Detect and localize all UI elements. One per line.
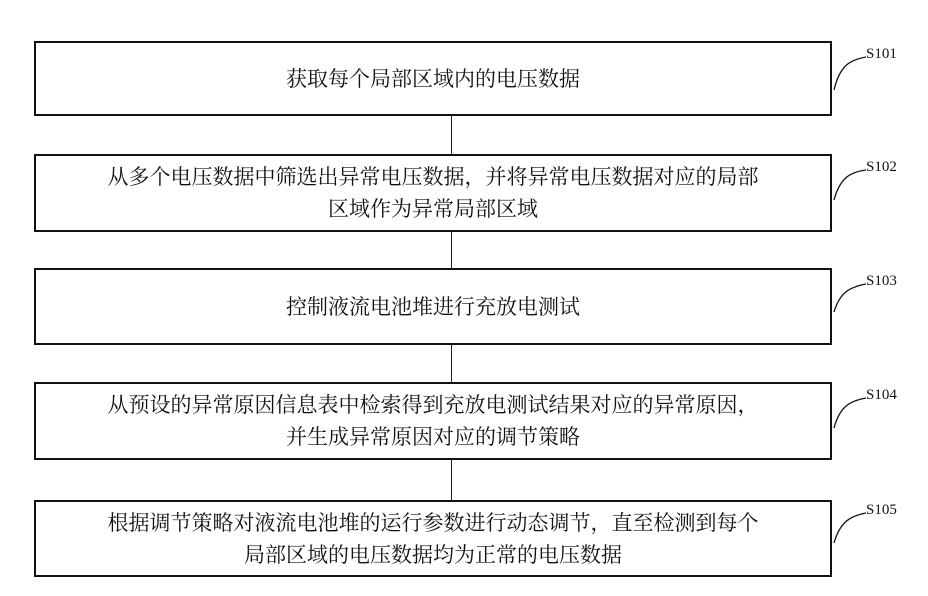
step-label-s102: S102 — [866, 159, 897, 176]
step-label-s104: S104 — [866, 387, 897, 404]
step-label-s105: S105 — [866, 502, 897, 519]
leader-lines — [0, 0, 928, 596]
step-label-s103: S103 — [866, 273, 897, 290]
step-label-s101: S101 — [866, 46, 897, 63]
